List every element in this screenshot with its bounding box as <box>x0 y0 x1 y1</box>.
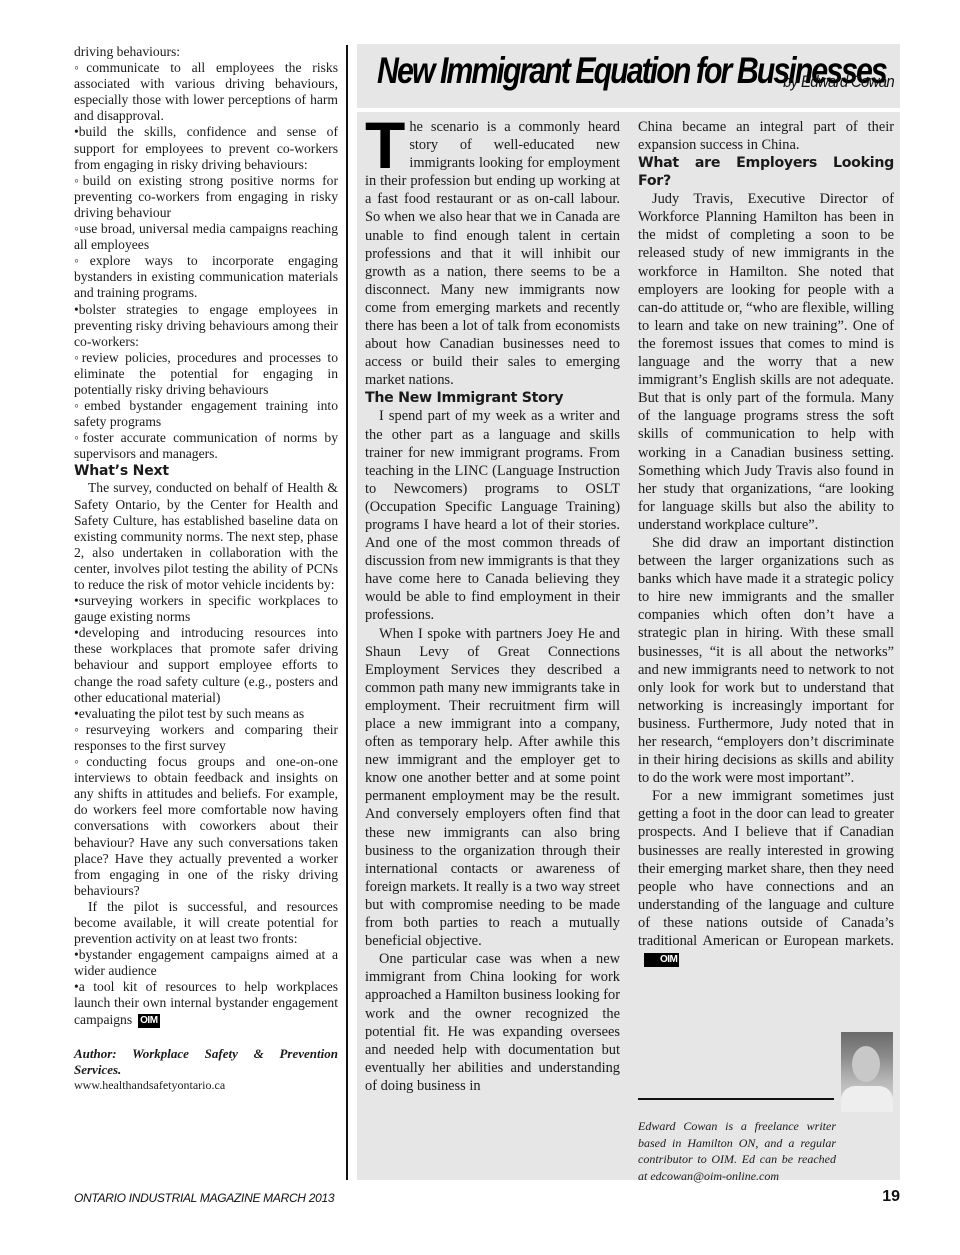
article-paragraph: When I spoke with partners Joey He and S… <box>365 625 620 951</box>
author-credit: Author: Workplace Safety & Prevention Se… <box>74 1046 338 1078</box>
left-paragraph: The survey, conducted on behalf of Healt… <box>74 480 338 593</box>
author-url-link[interactable]: www.healthandsafetyontario.ca <box>74 1078 338 1092</box>
article-paragraph: China became an integral part of their e… <box>638 118 894 154</box>
article-paragraph: I spend part of my week as a writer and … <box>365 407 620 624</box>
article-column-1: The scenario is a commonly heard story o… <box>365 118 620 1095</box>
section-heading-whats-next: What’s Next <box>74 462 338 480</box>
author-photo-head <box>852 1046 880 1082</box>
oim-end-mark-icon: OIM <box>644 953 679 967</box>
article-paragraph: She did draw an important distinction be… <box>638 534 894 787</box>
left-column: driving behaviours: ◦communicate to all … <box>74 44 338 1092</box>
article-paragraph: One particular case was when a new immig… <box>365 950 620 1095</box>
article-body: The scenario is a commonly heard story o… <box>357 112 900 1180</box>
left-paragraph: If the pilot is successful, and resource… <box>74 899 338 947</box>
article-paragraph-last: For a new immigrant sometimes just getti… <box>638 787 894 968</box>
left-bullet: ◦conducting focus groups and one-on-one … <box>74 754 338 899</box>
left-paragraph: ◦embed bystander engagement training int… <box>74 398 338 430</box>
article-intro: The scenario is a commonly heard story o… <box>365 118 620 389</box>
left-paragraph: •bolster strategies to engage employees … <box>74 302 338 350</box>
footer-publication: ONTARIO INDUSTRIAL MAGAZINE MARCH 2013 <box>74 1191 334 1205</box>
left-bullet: •evaluating the pilot test by such means… <box>74 706 338 722</box>
left-bullet: •surveying workers in specific workplace… <box>74 593 338 625</box>
left-bullet: ◦resurveying workers and comparing their… <box>74 722 338 754</box>
column-divider <box>346 45 348 1180</box>
left-paragraph: ◦foster accurate communication of norms … <box>74 430 338 462</box>
drop-cap: T <box>365 120 405 170</box>
author-photo <box>841 1032 893 1112</box>
left-bullet-text: •a tool kit of resources to help workpla… <box>74 979 338 1026</box>
author-photo-shirt <box>841 1086 893 1112</box>
left-bullet: •developing and introducing resources in… <box>74 625 338 705</box>
oim-end-mark-icon: OIM <box>138 1014 159 1028</box>
left-bullet: •bystander engagement campaigns aimed at… <box>74 947 338 979</box>
left-paragraph: ◦review policies, procedures and process… <box>74 350 338 398</box>
left-paragraph: ◦build on existing strong positive norms… <box>74 173 338 221</box>
article-header: New Immigrant Equation for Businesses by… <box>357 44 900 108</box>
section-heading-employers-looking-for: What are Employers Looking For? <box>638 154 894 190</box>
article-paragraph-text: For a new immigrant sometimes just getti… <box>638 788 894 949</box>
section-heading-new-immigrant-story: The New Immigrant Story <box>365 389 620 407</box>
left-paragraph: ◦explore ways to incorporate engaging by… <box>74 253 338 301</box>
bio-rule <box>638 1098 834 1100</box>
left-bullet-last: •a tool kit of resources to help workpla… <box>74 979 338 1027</box>
article-byline: by Edward Cowan <box>783 72 894 92</box>
left-paragraph: •build the skills, confidence and sense … <box>74 124 338 172</box>
page-number: 19 <box>882 1188 900 1206</box>
left-paragraph: ◦use broad, universal media campaigns re… <box>74 221 338 253</box>
left-paragraph: ◦communicate to all employees the risks … <box>74 60 338 124</box>
author-bio: Edward Cowan is a freelance writer based… <box>638 1118 836 1184</box>
left-paragraph: driving behaviours: <box>74 44 338 60</box>
article-column-2: China became an integral part of their e… <box>638 118 894 968</box>
article-paragraph: Judy Travis, Executive Director of Workf… <box>638 190 894 534</box>
